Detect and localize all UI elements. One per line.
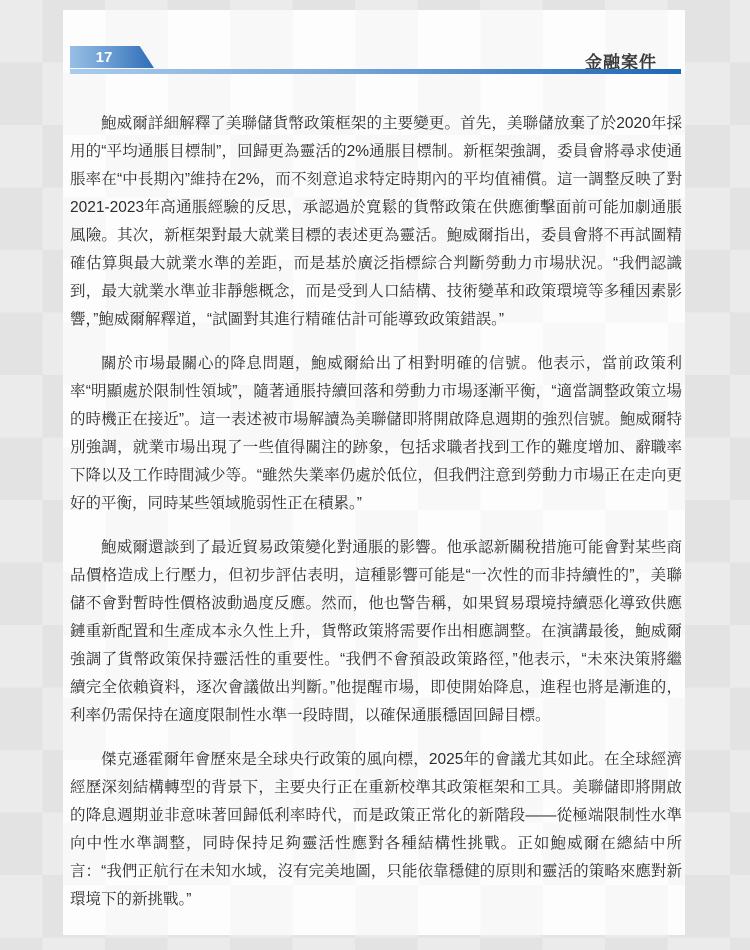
paragraph-trade-policy-inflation: 鮑威爾還談到了最近貿易政策變化對通脹的影響。他承認新關稅措施可能會對某些商品價格…: [70, 534, 682, 730]
paragraph-framework-changes: 鮑威爾詳細解釋了美聯儲貨幣政策框架的主要變更。首先，美聯儲放棄了於2020年採用…: [70, 110, 682, 334]
document-page: 17 金融案件 鮑威爾詳細解釋了美聯儲貨幣政策框架的主要變更。首先，美聯儲放棄了…: [63, 10, 685, 935]
page-number-badge: 17: [70, 46, 154, 68]
header-rule: [70, 69, 681, 74]
paragraph-jackson-hole-summary: 傑克遜霍爾年會歷來是全球央行政策的風向標，2025年的會議尤其如此。在全球經濟經…: [70, 746, 682, 914]
paragraph-rate-cut-signal: 關於市場最關心的降息問題，鮑威爾給出了相對明確的信號。他表示，當前政策利率“明顯…: [70, 350, 682, 518]
page-number: 17: [96, 49, 113, 66]
article-body: 鮑威爾詳細解釋了美聯儲貨幣政策框架的主要變更。首先，美聯儲放棄了於2020年採用…: [70, 110, 682, 930]
